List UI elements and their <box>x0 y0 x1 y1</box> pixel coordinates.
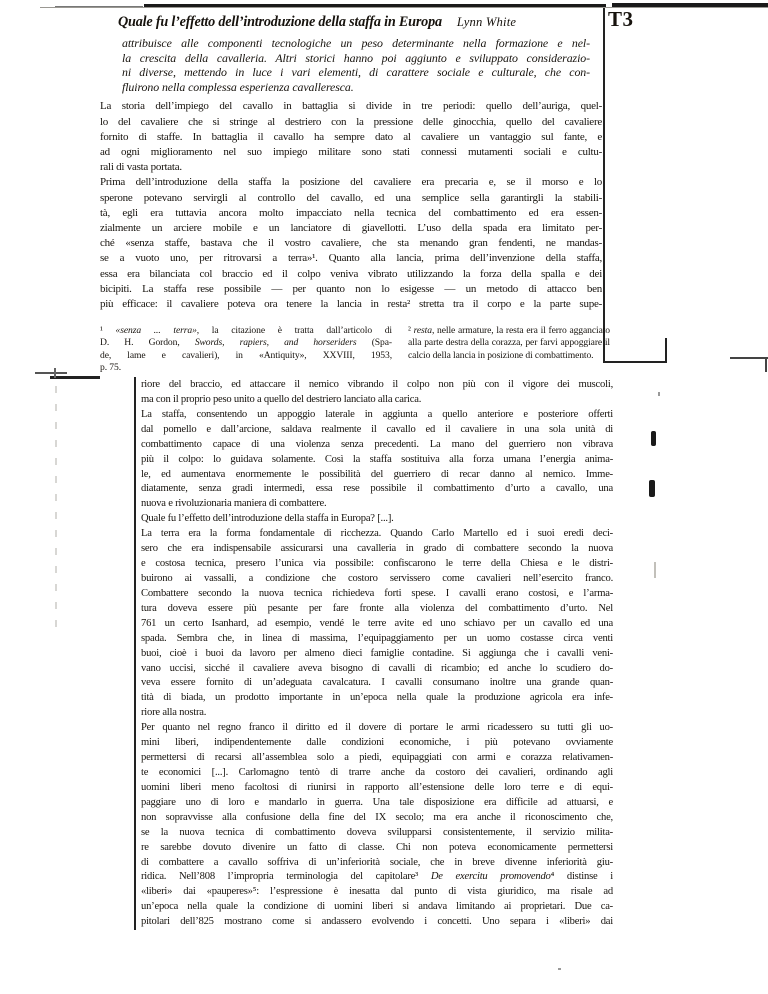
text-line: bicipiti. La staffa rese possibile — per… <box>100 282 602 297</box>
text-line: Per quanto nel regno franco il diritto e… <box>141 721 613 736</box>
text-line: 35veva essere fornito di un’adeguata cav… <box>141 676 613 691</box>
text-line: paggiare uno di loro e mandarlo in guerr… <box>141 796 613 811</box>
text-line: La storia dell’impiego del cavallo in ba… <box>100 99 602 114</box>
text-line: alla parte destra della corazza, per far… <box>408 337 610 349</box>
text-line: riore alla nostra. <box>141 706 613 721</box>
footnote-2: ² resta, nelle armature, la resta era il… <box>408 325 610 374</box>
text-line: ma con il proprio peso unito a quello de… <box>141 393 613 408</box>
scan-artifact <box>665 338 667 363</box>
page2-left-rule <box>134 377 136 930</box>
text-line: 10ché «senza staffe, bastava che il vost… <box>100 236 602 251</box>
text-line: essa era bilanciata col braccio ed il co… <box>100 267 602 282</box>
footnote-1: ¹ «senza ... terra», la citazione è trat… <box>100 325 392 374</box>
text-line: D. H. Gordon, Swords, rapiers, and horse… <box>100 337 392 349</box>
scan-artifact <box>40 7 768 8</box>
text-line: tità di biada, un prodotto importante in… <box>141 691 613 706</box>
scan-artifact <box>35 372 67 374</box>
text-line: p. 75. <box>100 362 392 374</box>
text-line: nuova e rivoluzionaria maniera di combat… <box>141 497 613 512</box>
text-line: le, ed aumentava enormemente le possibil… <box>141 468 613 483</box>
page-tag: T3 <box>608 7 634 32</box>
text-line: «liberi» dai «pauperes»⁵: l’espressione … <box>141 885 613 900</box>
text-line: 25La terra era la forma fondamentale di … <box>141 527 613 542</box>
text-line: dal pomello e dall’arcione, saldava real… <box>141 423 613 438</box>
text-line: ² resta, nelle armature, la resta era il… <box>408 325 610 337</box>
text-line: attribuisce alle componenti tecnologiche… <box>122 36 590 51</box>
text-line: ad ogni miglioramento nel suo impiego mi… <box>100 145 602 160</box>
text-line: ni diverse, mettendo in luce i vari elem… <box>122 65 590 80</box>
text-line: 761 un certo Isanhard, ad esempio, vendé… <box>141 617 613 632</box>
text-line: La staffa, consentendo un appoggio later… <box>141 408 613 423</box>
scan-artifact <box>649 480 655 497</box>
text-line: diatamente, senza gradi intermedi, essa … <box>141 482 613 497</box>
text-line: la crescita della cavalleria. Altri stor… <box>122 51 590 66</box>
text-line: Prima dell’introduzione della staffa la … <box>100 175 602 190</box>
text-line: spada. Sembra che, in linea di massima, … <box>141 632 613 647</box>
text-line: fluirono nella complessa esperienza cava… <box>122 80 590 95</box>
text-line: 20più il colpo: lo guidava solamente. Co… <box>141 453 613 468</box>
text-line: Combattere secondo la nuova tecnica rich… <box>141 587 613 602</box>
text-line: buoi, cioè i buoi da lavoro per almeno d… <box>141 647 613 662</box>
page1-bottom-rule <box>603 361 667 363</box>
scan-artifact <box>765 357 767 372</box>
text-line: 45se la nuova tecnica di combattimento d… <box>141 826 613 841</box>
text-line: vano uccisi, sicché il cavaliere aveva b… <box>141 662 613 677</box>
text-line: 40permettersi di recarsi all’assemblea s… <box>141 751 613 766</box>
excerpt-text-bottom: 15riore del braccio, ed attaccare il nem… <box>141 378 613 930</box>
footnotes: ¹ «senza ... terra», la citazione è trat… <box>100 325 610 374</box>
text-line: di combattere a cavallo soffriva di un’i… <box>141 856 613 871</box>
scan-artifact <box>558 968 561 970</box>
text-line: sperone potevano servirgli al controllo … <box>100 191 602 206</box>
text-line: 50un’epoca nella quale la condizione di … <box>141 900 613 915</box>
text-line: buirono ai vassalli, a condizione che co… <box>141 572 613 587</box>
text-line: uomini liberi meno facoltosi di riunirsi… <box>141 781 613 796</box>
text-line: Quale fu l’effetto dell’introduzione del… <box>141 512 613 527</box>
scan-artifact <box>658 392 660 396</box>
scan-artifact <box>50 376 100 379</box>
text-line: te economici [...]. Carlomagno tentò di … <box>141 766 613 781</box>
text-line: se a vuoto uno, per ritrovarsi a terra»¹… <box>100 251 602 266</box>
text-line: tà, egli era tuttavia ancora molto impac… <box>100 206 602 221</box>
text-line: sero che era indispensabile assicurarsi … <box>141 542 613 557</box>
page1-scan: Quale fu l’effetto dell’introduzione del… <box>100 13 602 374</box>
scan-artifact <box>612 3 768 7</box>
text-line: calcio della lancia in posizione di comb… <box>408 350 610 362</box>
header-row: Quale fu l’effetto dell’introduzione del… <box>118 13 602 31</box>
text-line: re sarebbe dovuto divenire un fatto di c… <box>141 841 613 856</box>
scan-artifact <box>651 431 656 446</box>
text-line: 30tura doveva essere più pesante per far… <box>141 602 613 617</box>
document-author: Lynn White <box>457 15 516 29</box>
document-title: Quale fu l’effetto dell’introduzione del… <box>118 14 442 30</box>
text-line: de, lame e cavalieri), in «Antiquity», X… <box>100 350 392 362</box>
text-line: più efficace: il cavaliere poteva ora te… <box>100 297 602 312</box>
text-line: 5rali di vasta portata. <box>100 160 602 175</box>
excerpt-text-top: La storia dell’impiego del cavallo in ba… <box>100 99 602 312</box>
scan-gutter-shadow <box>55 386 57 636</box>
text-line: ridica. Nell’808 l’impropria terminologi… <box>141 870 613 885</box>
scan-artifact <box>54 368 56 378</box>
scanned-book-page: { "scan": { "tag": "T3", "header": { "ti… <box>0 0 768 994</box>
page1-right-rule <box>603 8 605 363</box>
text-line: pitolari dell’825 mostrano come si andas… <box>141 915 613 930</box>
editorial-intro: attribuisce alle componenti tecnologiche… <box>122 36 590 94</box>
text-line: fornito di staffe. In battaglia il caval… <box>100 130 602 145</box>
scan-artifact <box>654 562 656 578</box>
text-line: ¹ «senza ... terra», la citazione è trat… <box>100 325 392 337</box>
text-line: mini liberi, indipendentemente dalle con… <box>141 736 613 751</box>
text-line: combattimento capace di una violenza sen… <box>141 438 613 453</box>
text-line: non sopravvisse alla confusione della fi… <box>141 811 613 826</box>
text-line: 15riore del braccio, ed attaccare il nem… <box>141 378 613 393</box>
text-line: zialmente un arciere mobile e un lanciat… <box>100 221 602 236</box>
text-line: lo del cavaliere che si stringe al destr… <box>100 115 602 130</box>
page2-scan: 15riore del braccio, ed attaccare il nem… <box>141 378 613 930</box>
text-line: e costosa tecnica, presero l’unica via p… <box>141 557 613 572</box>
scan-artifact <box>730 357 768 359</box>
